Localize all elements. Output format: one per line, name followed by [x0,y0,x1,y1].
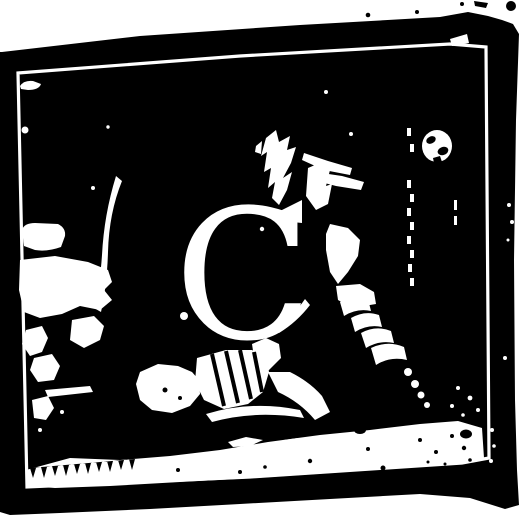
band-speck [507,203,511,207]
ground-pebble [444,463,447,466]
ground-pebble [418,438,422,442]
ground-speck [450,404,454,408]
ground-blot [354,426,366,434]
ground-speck [490,428,494,432]
ground-pebble [308,459,312,463]
woodcut-canvas: C [0,0,520,520]
trunk-dash [407,180,411,188]
band-speck [503,356,507,360]
highlight-dot [22,127,29,134]
ground-pebble [381,466,386,471]
ground-pebble [176,468,180,472]
ground-speck [468,396,473,401]
trail-stone [424,402,430,408]
bundle-speck [178,396,182,400]
trunk-dash [410,144,414,152]
trunk-dash [454,216,457,225]
trail-stone [411,380,419,388]
band-speck [507,239,510,242]
ground-speck [476,408,480,412]
ground-speck [456,386,460,390]
ground-pebble [462,446,466,450]
highlight-dot [60,410,64,414]
trunk-dash [410,194,414,202]
ground-pebble [434,450,438,454]
ground-pebble [366,447,370,451]
trunk-dash [410,222,414,230]
bundle-speck [163,388,168,393]
highlight-dot [38,428,42,432]
highlight-dot [106,125,109,128]
ground-speck [489,459,493,463]
ground-pebble [263,465,267,469]
initial-letter-group: C [174,172,312,381]
ink-speck [303,55,307,59]
trunk-dash [408,264,412,272]
ink-speck [366,13,371,18]
trunk-dash [410,278,414,286]
ink-speck [460,2,464,6]
trunk-dash [407,208,411,216]
letter-c: C [174,172,312,381]
band-speck [510,220,514,224]
trunk-dash [410,250,414,258]
trail-stone [404,368,412,376]
ground-pebble [238,470,242,474]
ink-speck [474,1,488,8]
ink-speck [506,1,516,11]
ink-speck [415,10,419,14]
ground-speck [461,413,465,417]
highlight-dot [91,186,95,190]
highlight-dot [349,132,353,136]
ground-pebble [427,461,430,464]
rock-blob [22,223,65,251]
highlight-dot [324,90,328,94]
ground-pebble [450,434,454,438]
trunk-dash [407,128,411,136]
ground-pebble [468,458,472,462]
ground-speck [492,444,496,448]
trail-stone [418,392,425,399]
trunk-dash [454,200,457,210]
trunk-dash [407,236,411,244]
woodcut-initial-image: C [0,0,520,520]
ground-blot [460,430,472,439]
